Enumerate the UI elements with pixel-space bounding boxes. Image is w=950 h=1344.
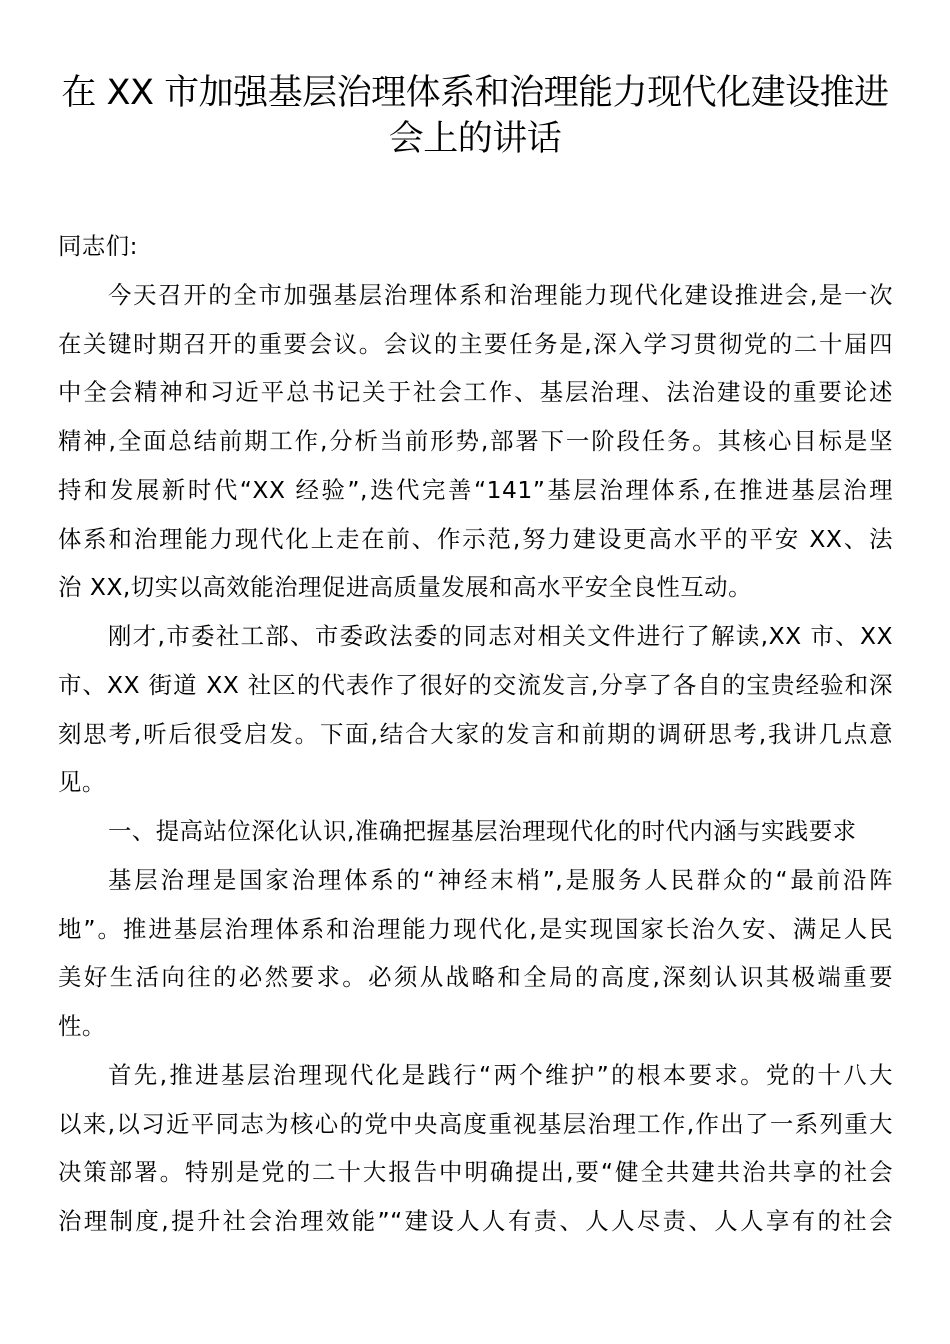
paragraph-3-line-2: 地”。推进基层治理体系和治理能力现代化,是实现国家长治久安、满足人民 xyxy=(58,905,893,954)
paragraph-4-line-2: 以来,以习近平同志为核心的党中央高度重视基层治理工作,作出了一系列重大 xyxy=(58,1100,893,1149)
salutation: 同志们: xyxy=(58,222,898,271)
paragraph-1-line-2: 在关键时期召开的重要会议。会议的主要任务是,深入学习贯彻党的二十届四 xyxy=(58,320,893,369)
paragraph-3-line-3: 美好生活向往的必然要求。必须从战略和全局的高度,深刻认识其极端重要 xyxy=(58,953,893,1002)
paragraph-2-line-4: 见。 xyxy=(58,758,898,807)
paragraph-1-line-5: 持和发展新时代“XX 经验”,迭代完善“141”基层治理体系,在推进基层治理 xyxy=(58,466,893,515)
paragraph-3-line-4: 性。 xyxy=(58,1002,898,1051)
paragraph-2-line-3: 刻思考,听后很受启发。下面,结合大家的发言和前期的调研思考,我讲几点意 xyxy=(58,710,893,759)
paragraph-1-line-4: 精神,全面总结前期工作,分析当前形势,部署下一阶段任务。其核心目标是坚 xyxy=(58,417,893,466)
paragraph-4-line-1: 首先,推进基层治理现代化是践行“两个维护”的根本要求。党的十八大 xyxy=(58,1051,893,1100)
paragraph-3-line-1: 基层治理是国家治理体系的“神经末梢”,是服务人民群众的“最前沿阵 xyxy=(58,856,893,905)
paragraph-4-line-4: 治理制度,提升社会治理效能”“建设人人有责、人人尽责、人人享有的社会 xyxy=(58,1197,893,1246)
paragraph-1-line-6: 体系和治理能力现代化上走在前、作示范,努力建设更高水平的平安 XX、法 xyxy=(58,515,893,564)
section-heading-1: 一、提高站位深化认识,准确把握基层治理现代化的时代内涵与实践要求 xyxy=(58,807,898,856)
paragraph-1-line-7: 治 XX,切实以高效能治理促进高质量发展和高水平安全良性互动。 xyxy=(58,563,898,612)
paragraph-1-line-3: 中全会精神和习近平总书记关于社会工作、基层治理、法治建设的重要论述 xyxy=(58,368,893,417)
document-body: 同志们: 今天召开的全市加强基层治理体系和治理能力现代化建设推进会,是一次 在关… xyxy=(58,222,898,1246)
document-page: 在 XX 市加强基层治理体系和治理能力现代化建设推进 会上的讲话 同志们: 今天… xyxy=(0,0,950,1344)
paragraph-1-line-1: 今天召开的全市加强基层治理体系和治理能力现代化建设推进会,是一次 xyxy=(58,271,893,320)
document-title: 在 XX 市加强基层治理体系和治理能力现代化建设推进 会上的讲话 xyxy=(40,70,910,162)
title-line-1: 在 XX 市加强基层治理体系和治理能力现代化建设推进 xyxy=(40,70,910,116)
paragraph-2-line-2: 市、XX 街道 XX 社区的代表作了很好的交流发言,分享了各自的宝贵经验和深 xyxy=(58,661,893,710)
paragraph-4-line-3: 决策部署。特别是党的二十大报告中明确提出,要“健全共建共治共享的社会 xyxy=(58,1148,893,1197)
paragraph-2-line-1: 刚才,市委社工部、市委政法委的同志对相关文件进行了解读,XX 市、XX xyxy=(58,612,893,661)
title-line-2: 会上的讲话 xyxy=(40,116,910,162)
